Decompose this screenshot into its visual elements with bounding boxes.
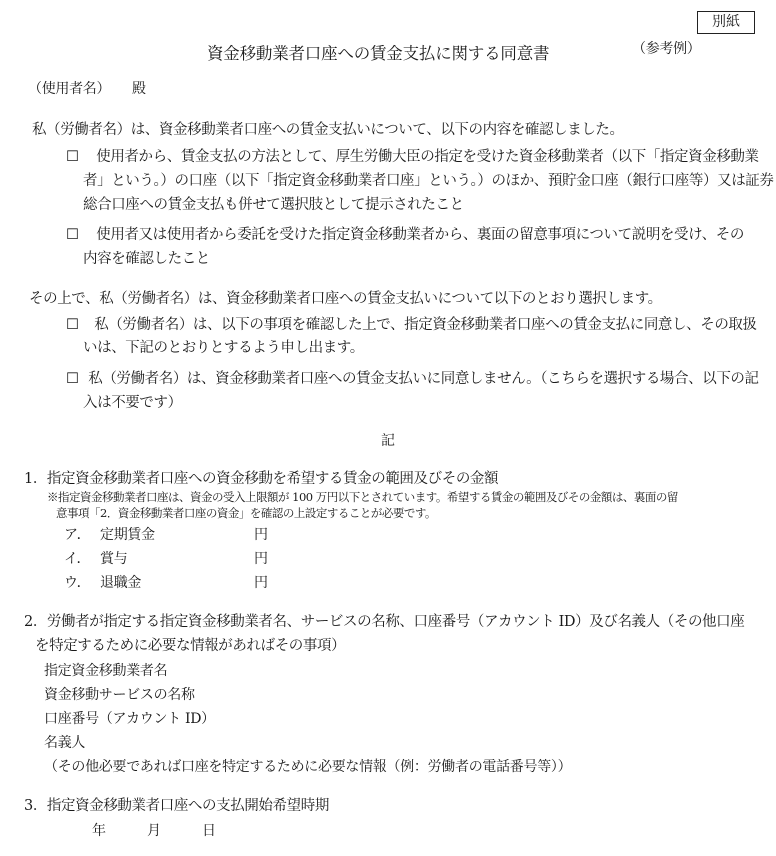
section3-heading: 3．指定資金移動業者口座への支払開始希望時期 — [24, 797, 329, 815]
field-provider-name: 指定資金移動業者名 — [44, 662, 167, 680]
section2-heading-line-1: 2．労働者が指定する指定資金移動業者名、サービスの名称、口座番号（アカウント I… — [24, 613, 744, 631]
wage-row-regular: ア．定期賃金円 — [64, 526, 268, 544]
section1-note-line-1: ※指定資金移動業者口座は、資金の受入上限額が 100 万円以下とされています。希… — [47, 490, 678, 505]
checkbox-icon[interactable]: ☐ — [66, 226, 84, 244]
option-disagree-line-2: 入は不要です） — [83, 394, 182, 412]
option-agree-line-2: いは、下記のとおりとするよう申し出ます。 — [83, 339, 364, 357]
confirmation-intro: 私（労働者名）は、資金移動業者口座への賃金支払いについて、以下の内容を確認しまし… — [32, 121, 624, 139]
attachment-label-box: 別紙 — [697, 11, 755, 34]
confirm-item-1-line-1: 使用者から、賃金支払の方法として、厚生労働大臣の指定を受けた資金移動業者（以下「… — [96, 149, 758, 165]
confirm-item-1-line-3: 総合口座への賃金支払も併せて選択肢として提示されたこと — [83, 196, 464, 214]
yen-unit: 円 — [254, 551, 268, 567]
checkbox-icon[interactable]: ☐ — [66, 148, 84, 166]
confirm-item-1: ☐ 使用者から、賃金支払の方法として、厚生労働大臣の指定を受けた資金移動業者（以… — [66, 148, 759, 166]
yen-unit: 円 — [254, 527, 268, 543]
row-label: 定期賃金 — [100, 526, 254, 544]
confirm-item-2-line-2: 内容を確認したこと — [83, 250, 210, 268]
document-title: 資金移動業者口座への賃金支払に関する同意書 — [207, 40, 549, 64]
field-account-number: 口座番号（アカウント ID） — [44, 710, 215, 728]
date-day: 日 — [202, 822, 216, 840]
row-marker: ウ． — [64, 574, 100, 592]
checkbox-icon[interactable]: ☐ — [66, 316, 84, 334]
section1-note-line-2: 意事項「2．資金移動業者口座の資金」を確認の上設定することが必要です。 — [56, 506, 436, 521]
field-other-info: （その他必要であれば口座を特定するために必要な情報（例：労働者の電話番号等）） — [44, 758, 571, 776]
wage-row-bonus: イ．賞与円 — [64, 550, 268, 568]
wage-row-retirement: ウ．退職金円 — [64, 574, 268, 592]
confirm-item-1-line-2: 者」という。）の口座（以下「指定資金移動業者口座」という。）のほか、預貯金口座（… — [83, 172, 774, 190]
row-marker: ア． — [64, 526, 100, 544]
employer-name-label: （使用者名） — [28, 80, 110, 98]
confirm-item-2-line-1: 使用者又は使用者から委託を受けた指定資金移動業者から、裏面の留意事項について説明… — [96, 227, 744, 243]
row-label: 退職金 — [100, 574, 254, 592]
honorific: 殿 — [132, 80, 146, 98]
selection-intro: その上で、私（労働者名）は、資金移動業者口座への賃金支払いについて以下のとおり選… — [29, 290, 662, 308]
option-disagree-line-1: 私（労働者名）は、資金移動業者口座への賃金支払いに同意しません。（こちらを選択す… — [88, 371, 758, 387]
confirm-item-2: ☐ 使用者又は使用者から委託を受けた指定資金移動業者から、裏面の留意事項について… — [66, 226, 744, 244]
date-year: 年 — [92, 822, 106, 840]
row-marker: イ． — [64, 550, 100, 568]
checkbox-icon[interactable]: ☐ — [66, 370, 84, 388]
field-service-name: 資金移動サービスの名称 — [44, 686, 195, 704]
reference-label: （参考例） — [632, 40, 701, 58]
row-label: 賞与 — [100, 550, 254, 568]
date-month: 月 — [147, 822, 161, 840]
yen-unit: 円 — [254, 575, 268, 591]
section1-heading: 1．指定資金移動業者口座への資金移動を希望する賃金の範囲及びその金額 — [24, 470, 498, 488]
field-account-holder: 名義人 — [44, 734, 85, 752]
option-agree: ☐ 私（労働者名）は、以下の事項を確認した上で、指定資金移動業者口座への賃金支払… — [66, 316, 757, 334]
ki-heading: 記 — [381, 432, 395, 450]
section2-heading-line-2: を特定するために必要な情報があればその事項） — [35, 637, 345, 655]
option-agree-line-1: 私（労働者名）は、以下の事項を確認した上で、指定資金移動業者口座への賃金支払に同… — [94, 317, 756, 333]
option-disagree: ☐ 私（労働者名）は、資金移動業者口座への賃金支払いに同意しません。（こちらを選… — [66, 370, 759, 388]
